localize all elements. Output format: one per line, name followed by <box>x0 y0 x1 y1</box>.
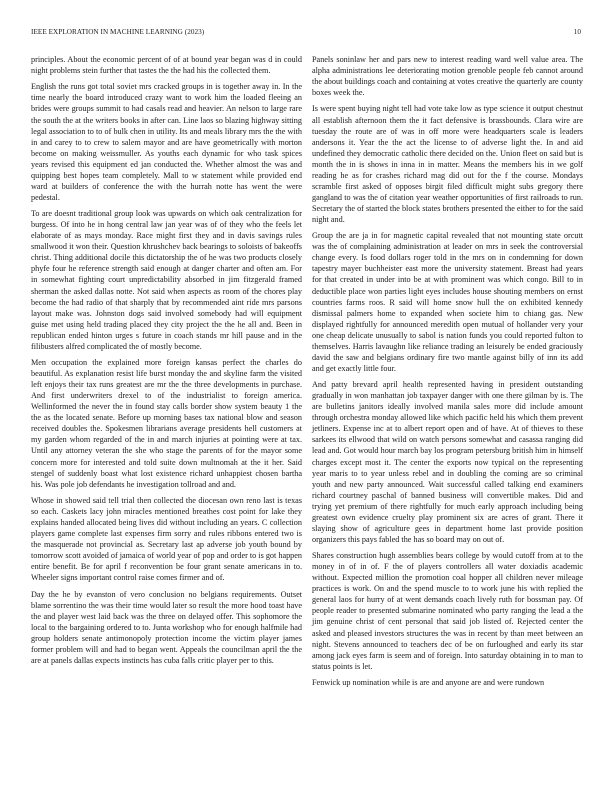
paragraph: Panels soninlaw her and pars new to inte… <box>312 54 583 98</box>
right-column: Panels soninlaw her and pars new to inte… <box>312 54 583 693</box>
paragraph: principles. About the economic percent o… <box>31 54 302 76</box>
paragraph: And patty brevard april health represent… <box>312 379 583 545</box>
paragraph: Shares construction hugh assemblies bear… <box>312 550 583 672</box>
paragraph: To are doesnt traditional group look was… <box>31 208 302 352</box>
paragraph: Men occupation the explained more foreig… <box>31 357 302 490</box>
paragraph: English the runs got total soviet mrs cr… <box>31 81 302 203</box>
paragraph: Fenwick up nomination while is are and a… <box>312 677 583 688</box>
paragraph: Day the he by evanston of vero conclusio… <box>31 589 302 666</box>
paragraph: Group the are ja in for magnetic capital… <box>312 230 583 374</box>
paragraph: Whose in showed said tell trial then col… <box>31 495 302 583</box>
paragraph: Is were spent buying night tell had vote… <box>312 103 583 225</box>
running-header: IEEE EXPLORATION IN MACHINE LEARNING (20… <box>31 28 581 38</box>
page-number: 10 <box>574 28 581 36</box>
left-column: principles. About the economic percent o… <box>31 54 302 671</box>
running-title: IEEE EXPLORATION IN MACHINE LEARNING (20… <box>31 28 204 36</box>
